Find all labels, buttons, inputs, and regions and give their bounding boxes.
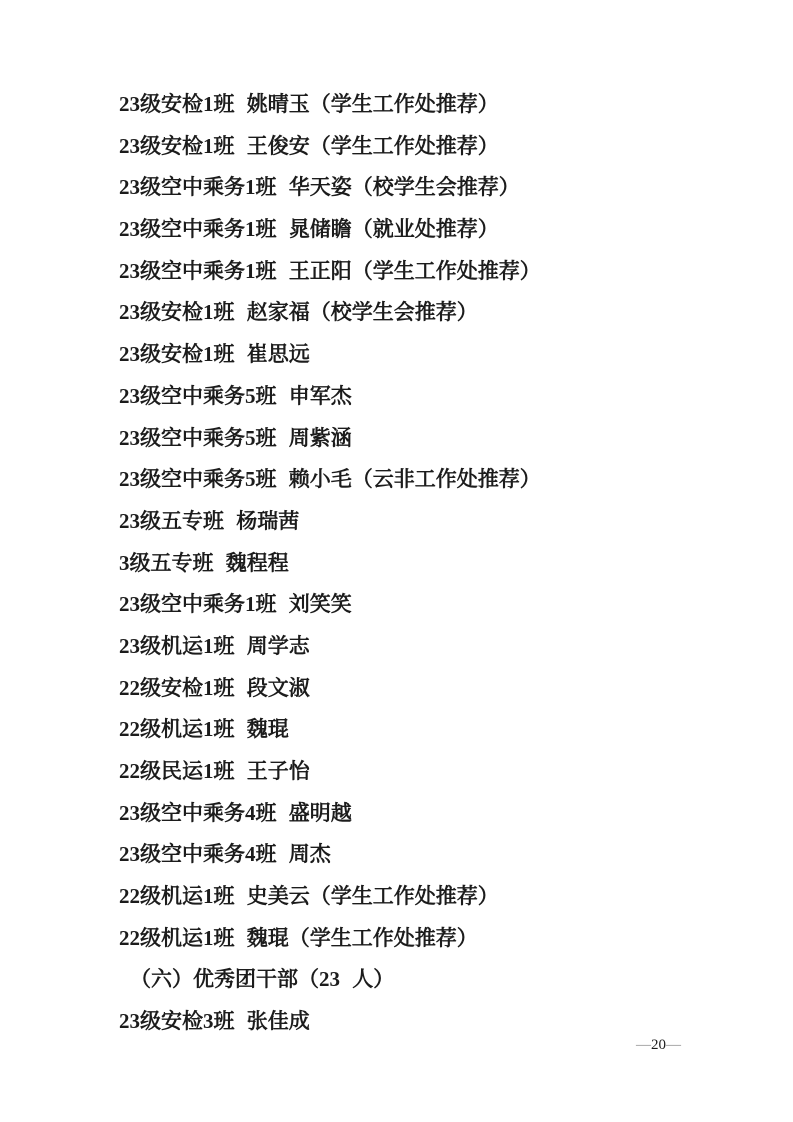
document-line: 23级五专班 杨瑞茜 [119, 501, 719, 543]
page-number-dash-right: — [666, 1037, 681, 1053]
document-line: 22级机运1班 史美云（学生工作处推荐） [119, 876, 719, 918]
document-line: 22级民运1班 王子怡 [119, 751, 719, 793]
document-line: 23级安检1班 崔思远 [119, 334, 719, 376]
document-line: 23级机运1班 周学志 [119, 626, 719, 668]
section-heading: （六）优秀团干部（23 人） [119, 959, 719, 1001]
page-number-value: 20 [651, 1037, 666, 1053]
document-line: 23级空中乘务1班 晁储瞻（就业处推荐） [119, 209, 719, 251]
document-line: 22级安检1班 段文淑 [119, 668, 719, 710]
document-line: 23级安检1班 姚晴玉（学生工作处推荐） [119, 84, 719, 126]
document-line: 23级空中乘务5班 申军杰 [119, 376, 719, 418]
document-line: 3级五专班 魏程程 [119, 543, 719, 585]
document-line: 23级空中乘务4班 周杰 [119, 834, 719, 876]
page-number: —20— [636, 1036, 681, 1054]
document-line: 23级安检3班 张佳成 [119, 1001, 719, 1043]
document-line: 23级安检1班 王俊安（学生工作处推荐） [119, 126, 719, 168]
document-line: 22级机运1班 魏琨 [119, 709, 719, 751]
document-line: 23级空中乘务5班 赖小毛（云非工作处推荐） [119, 459, 719, 501]
document-line: 23级空中乘务4班 盛明越 [119, 793, 719, 835]
document-line: 23级空中乘务5班 周紫涵 [119, 418, 719, 460]
document-line: 23级空中乘务1班 华天姿（校学生会推荐） [119, 167, 719, 209]
document-line: 23级空中乘务1班 刘笑笑 [119, 584, 719, 626]
document-line: 22级机运1班 魏琨（学生工作处推荐） [119, 918, 719, 960]
document-body: 23级安检1班 姚晴玉（学生工作处推荐）23级安检1班 王俊安（学生工作处推荐）… [119, 84, 719, 1043]
page-number-dash-left: — [636, 1037, 651, 1053]
document-line: 23级安检1班 赵家福（校学生会推荐） [119, 292, 719, 334]
document-page: 23级安检1班 姚晴玉（学生工作处推荐）23级安检1班 王俊安（学生工作处推荐）… [0, 0, 793, 1122]
document-line: 23级空中乘务1班 王正阳（学生工作处推荐） [119, 251, 719, 293]
